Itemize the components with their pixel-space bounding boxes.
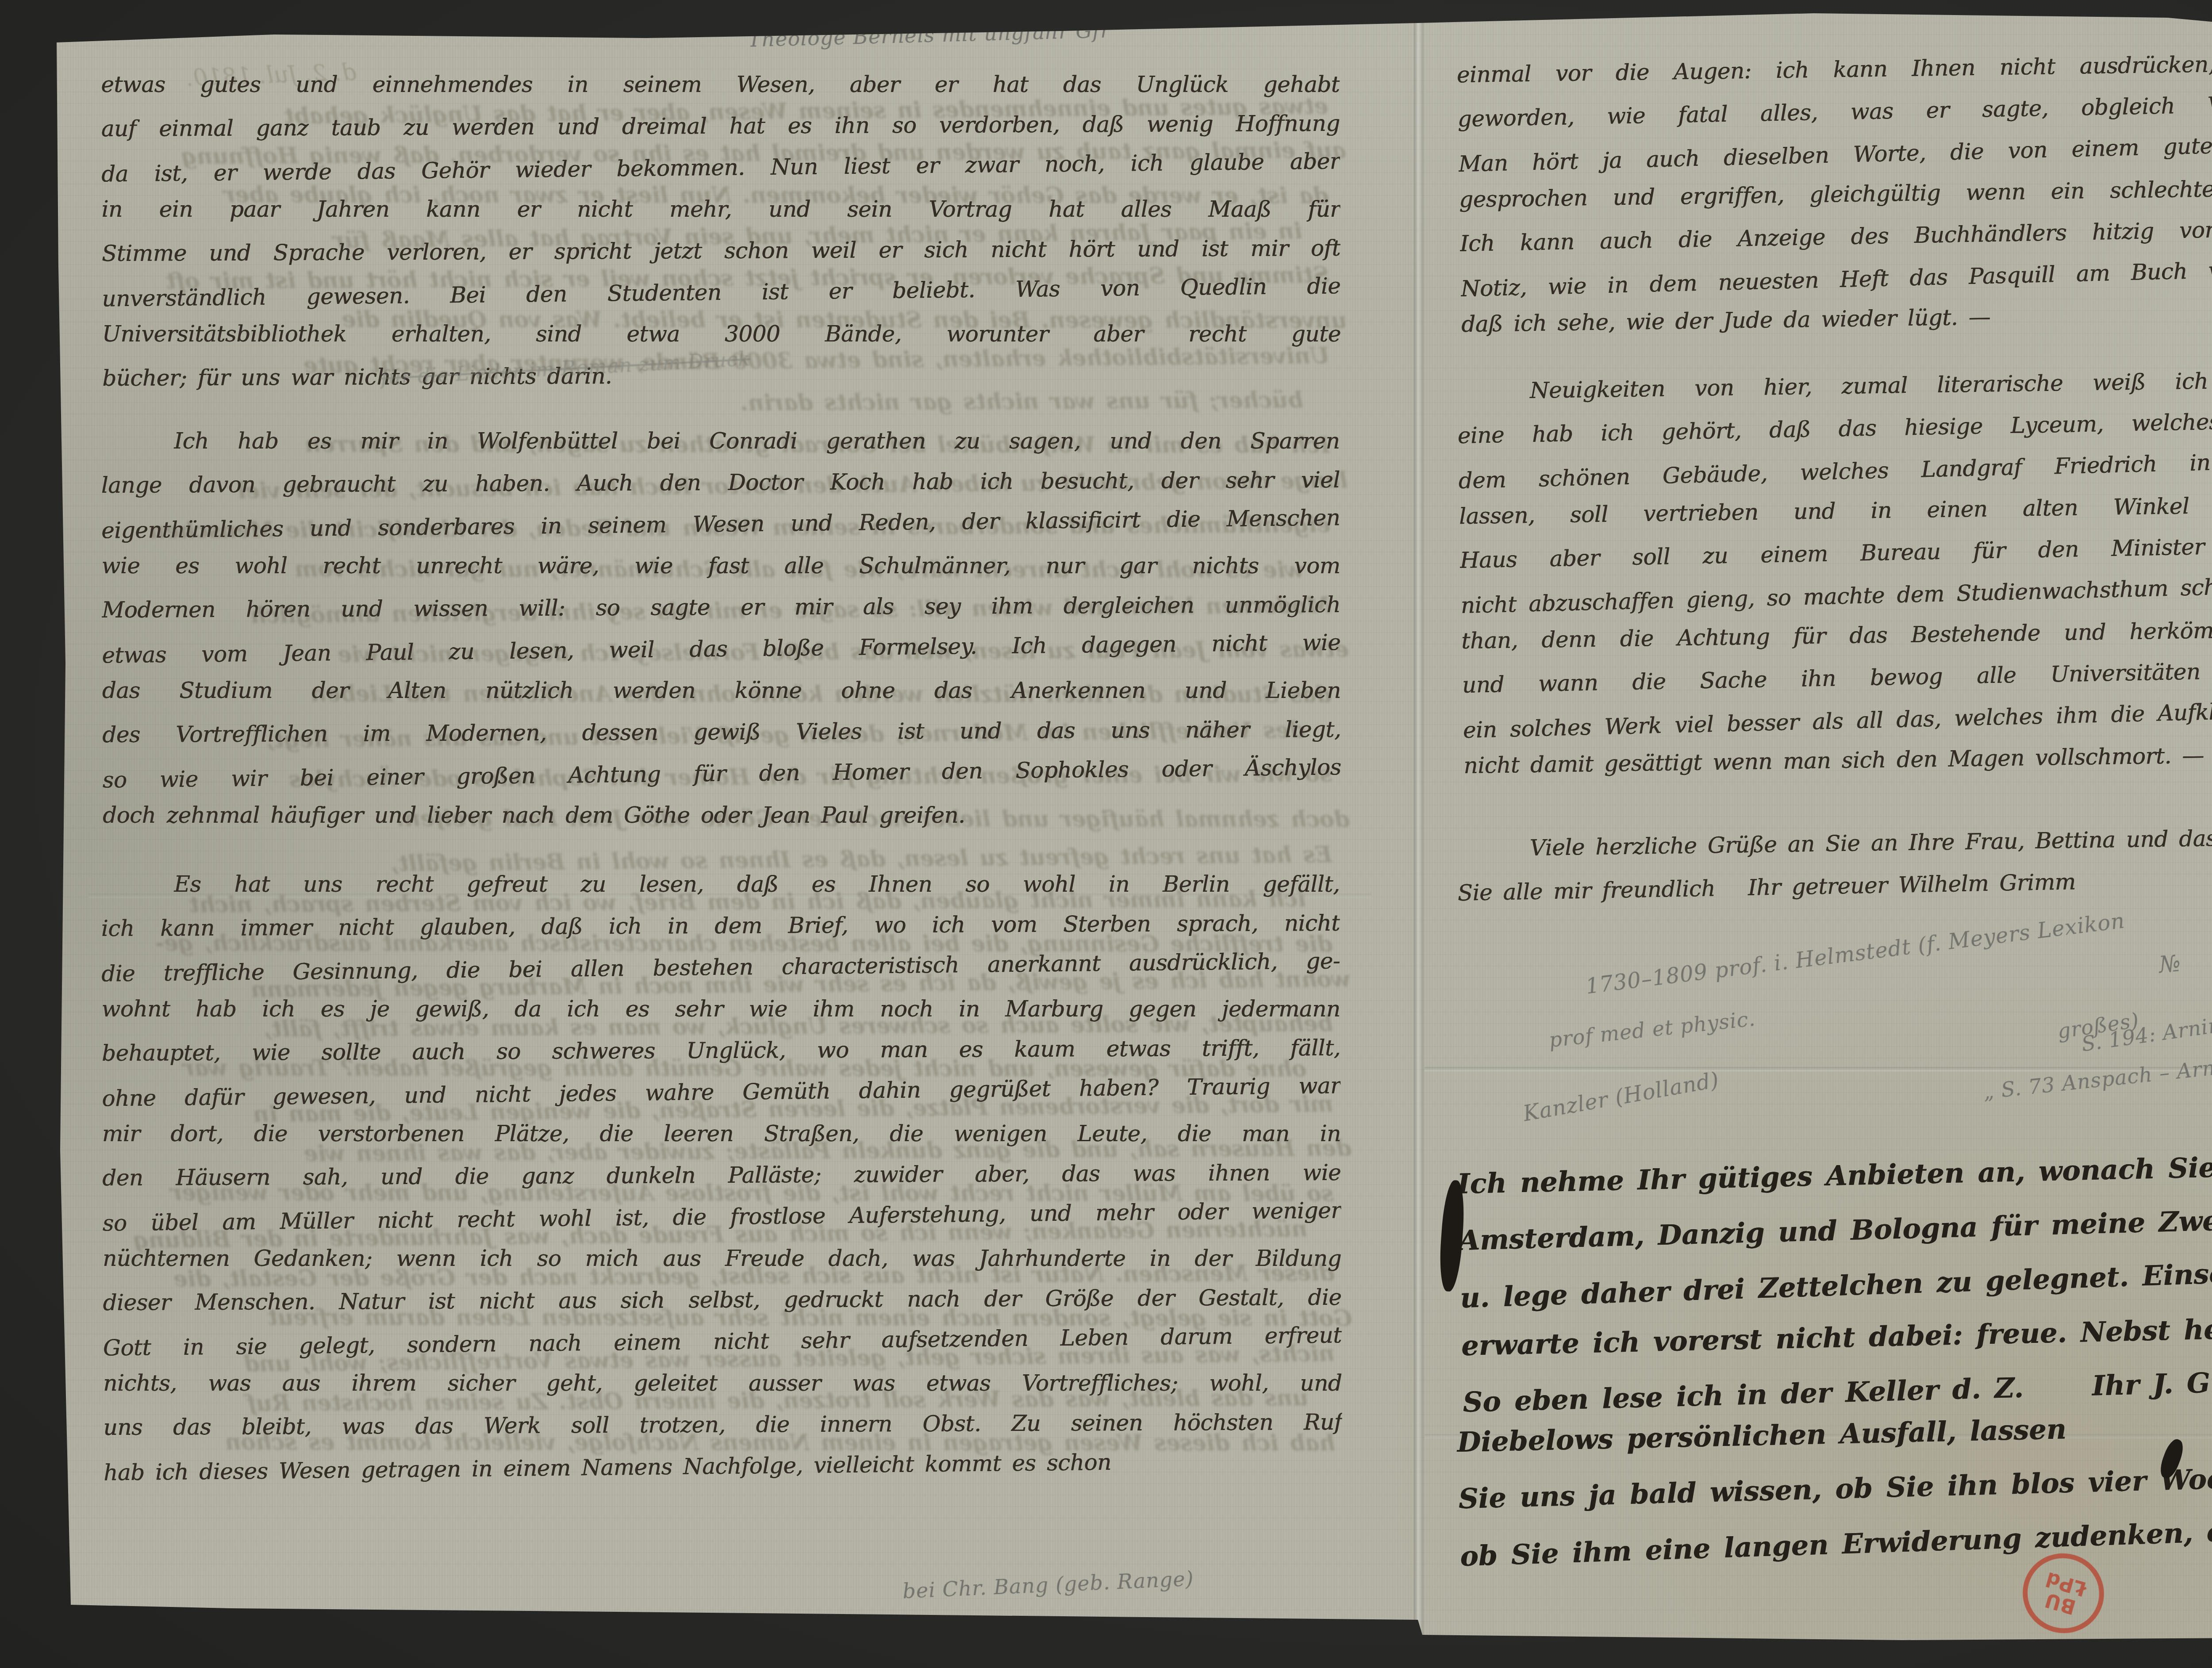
- letter-paper-sheet: etwas gutes und einnehmendes in seinem W…: [0, 0, 2212, 1668]
- pencil-annotation-steig-ref-1: S. 194: Arnim & die Brüder Grimm von Ste…: [2080, 965, 2212, 1056]
- handwritten-paragraph: Ich hab es mir in Wolfenbüttel bei Conra…: [101, 418, 1341, 839]
- handwritten-line: wohnt hab ich es je gewiß, da ich es seh…: [101, 988, 1340, 1030]
- handwritten-line: doch zehnmal häufiger und lieber nach de…: [103, 794, 1341, 836]
- jacob-grimm-postscript: Ich nehme Ihr gütiges Anbieten an, wonac…: [1456, 1128, 2212, 1429]
- pencil-annotation-top: Theologe Berneis mit ungfähr Gfr: [747, 18, 1110, 51]
- handwritten-line: nichts, was aus ihrem sicher geht, gelei…: [103, 1362, 1342, 1404]
- pencil-annotation-bottom: bei Chr. Bang (geb. Range): [902, 1567, 1194, 1603]
- handwritten-line: Universitätsbibliothek erhalten, sind et…: [102, 313, 1341, 355]
- handwritten-line: etwas gutes und einnehmendes in seinem W…: [101, 64, 1340, 105]
- handwritten-line: Ich hab es mir in Wolfenbüttel bei Conra…: [101, 420, 1340, 462]
- center-fold-crease: [1414, 18, 1424, 1637]
- handwritten-paragraph: Neuigkeiten von hier, zumal literarische…: [1456, 352, 2212, 789]
- pencil-annotation-dates: 1730–1809 prof. i. Helmstedt (f. Meyers …: [1584, 908, 2126, 999]
- handwritten-line: mir dort, die verstorbenen Plätze, die l…: [102, 1113, 1341, 1154]
- pencil-annotation-kanzler: Kanzler (Holland): [1521, 1067, 1721, 1126]
- handwritten-line: wie es wohl recht unrecht wäre, wie fast…: [101, 545, 1340, 587]
- handwritten-paragraph: einmal vor die Augen: ich kann Ihnen nic…: [1456, 35, 2212, 348]
- pencil-annotation-prof: prof med et physic.: [1548, 1007, 1756, 1052]
- handwritten-line: das Studium der Alten nützlich werden kö…: [102, 670, 1341, 711]
- handwritten-paragraph: Es hat uns recht gefreut zu lesen, daß e…: [101, 861, 1342, 1490]
- manuscript-scan: etwas gutes und einnehmendes in seinem W…: [0, 0, 2212, 1668]
- handwritten-paragraph: etwas gutes und einnehmendes in seinem W…: [101, 61, 1341, 399]
- letter-closing: Viele herzliche Grüße an Sie an Ihre Fra…: [1456, 809, 2212, 914]
- jacob-grimm-postscript-continued: Diebelows persönlichen Ausfall, lassenSi…: [1456, 1387, 2212, 1580]
- handwritten-line: nüchternen Gedanken; wenn ich so mich au…: [103, 1238, 1341, 1279]
- handwritten-line: in ein paar Jahren kann er nicht mehr, u…: [101, 188, 1340, 230]
- pencil-annotation-number-sign: №: [2158, 950, 2182, 978]
- handwritten-line: Es hat uns recht gefreut zu lesen, daß e…: [101, 863, 1340, 905]
